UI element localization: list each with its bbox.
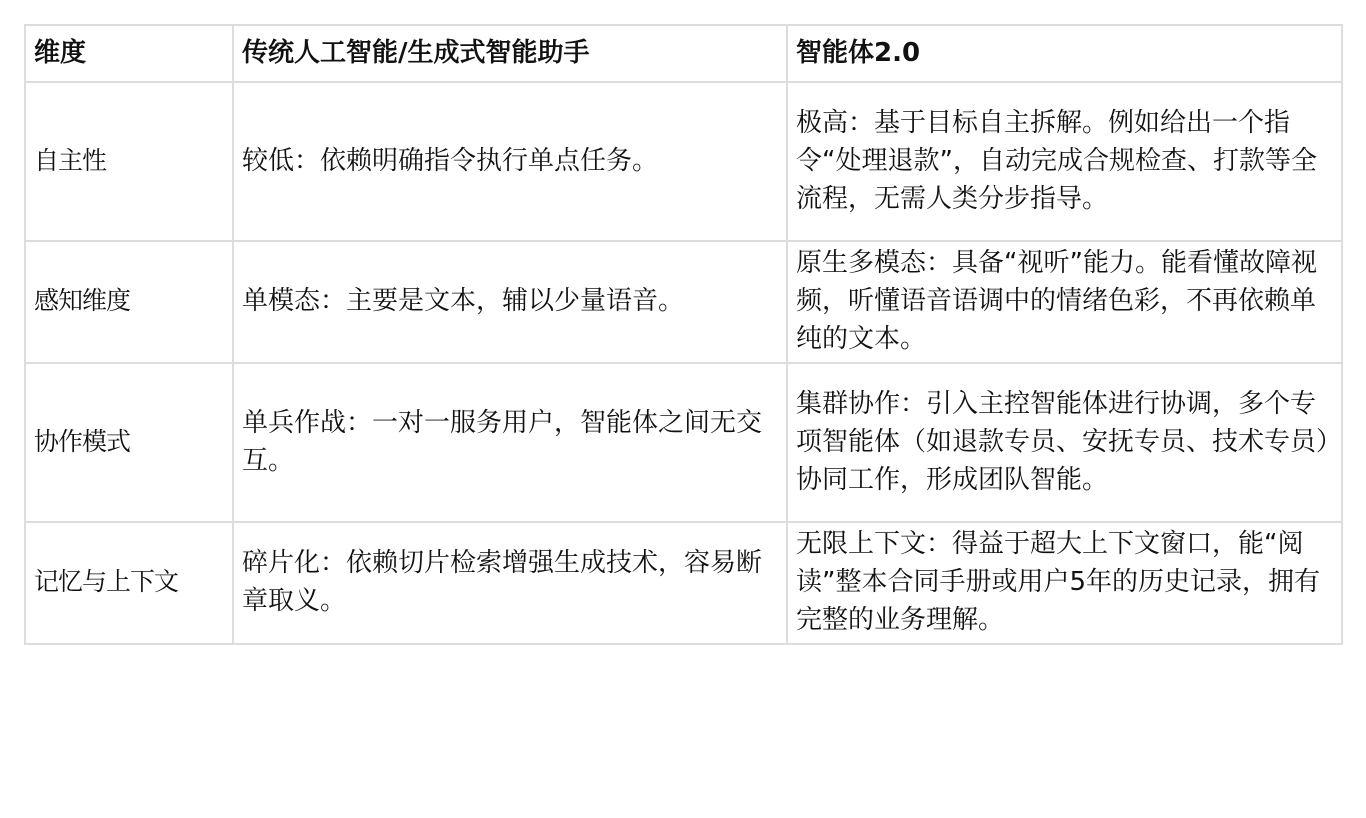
table-header: 维度 传统人工智能/生成式智能助手 智能体2.0	[25, 25, 1342, 82]
cell-agent2: 集群协作：引入主控智能体进行协调，多个专项智能体（如退款专员、安抚专员、技术专员…	[787, 363, 1342, 522]
table-body: 自主性 较低：依赖明确指令执行单点任务。 极高：基于目标自主拆解。例如给出一个指…	[25, 82, 1342, 644]
cell-traditional: 单模态：主要是文本，辅以少量语音。	[233, 241, 787, 363]
cell-traditional: 单兵作战：一对一服务用户，智能体之间无交互。	[233, 363, 787, 522]
comparison-table-container: 维度 传统人工智能/生成式智能助手 智能体2.0 自主性 较低：依赖明确指令执行…	[24, 24, 1343, 645]
cell-dimension: 自主性	[25, 82, 233, 241]
header-traditional-ai: 传统人工智能/生成式智能助手	[233, 25, 787, 82]
cell-agent2: 无限上下文：得益于超大上下文窗口，能“阅读”整本合同手册或用户5年的历史记录，拥…	[787, 522, 1342, 644]
header-dimension: 维度	[25, 25, 233, 82]
cell-dimension: 记忆与上下文	[25, 522, 233, 644]
table-row: 记忆与上下文 碎片化：依赖切片检索增强生成技术，容易断章取义。 无限上下文：得益…	[25, 522, 1342, 644]
cell-traditional: 较低：依赖明确指令执行单点任务。	[233, 82, 787, 241]
header-agent-2: 智能体2.0	[787, 25, 1342, 82]
comparison-table: 维度 传统人工智能/生成式智能助手 智能体2.0 自主性 较低：依赖明确指令执行…	[24, 24, 1343, 645]
cell-dimension: 感知维度	[25, 241, 233, 363]
table-row: 协作模式 单兵作战：一对一服务用户，智能体之间无交互。 集群协作：引入主控智能体…	[25, 363, 1342, 522]
cell-agent2: 原生多模态：具备“视听”能力。能看懂故障视频，听懂语音语调中的情绪色彩，不再依赖…	[787, 241, 1342, 363]
cell-agent2: 极高：基于目标自主拆解。例如给出一个指令“处理退款”，自动完成合规检查、打款等全…	[787, 82, 1342, 241]
table-row: 感知维度 单模态：主要是文本，辅以少量语音。 原生多模态：具备“视听”能力。能看…	[25, 241, 1342, 363]
table-row: 自主性 较低：依赖明确指令执行单点任务。 极高：基于目标自主拆解。例如给出一个指…	[25, 82, 1342, 241]
header-row: 维度 传统人工智能/生成式智能助手 智能体2.0	[25, 25, 1342, 82]
cell-dimension: 协作模式	[25, 363, 233, 522]
cell-traditional: 碎片化：依赖切片检索增强生成技术，容易断章取义。	[233, 522, 787, 644]
